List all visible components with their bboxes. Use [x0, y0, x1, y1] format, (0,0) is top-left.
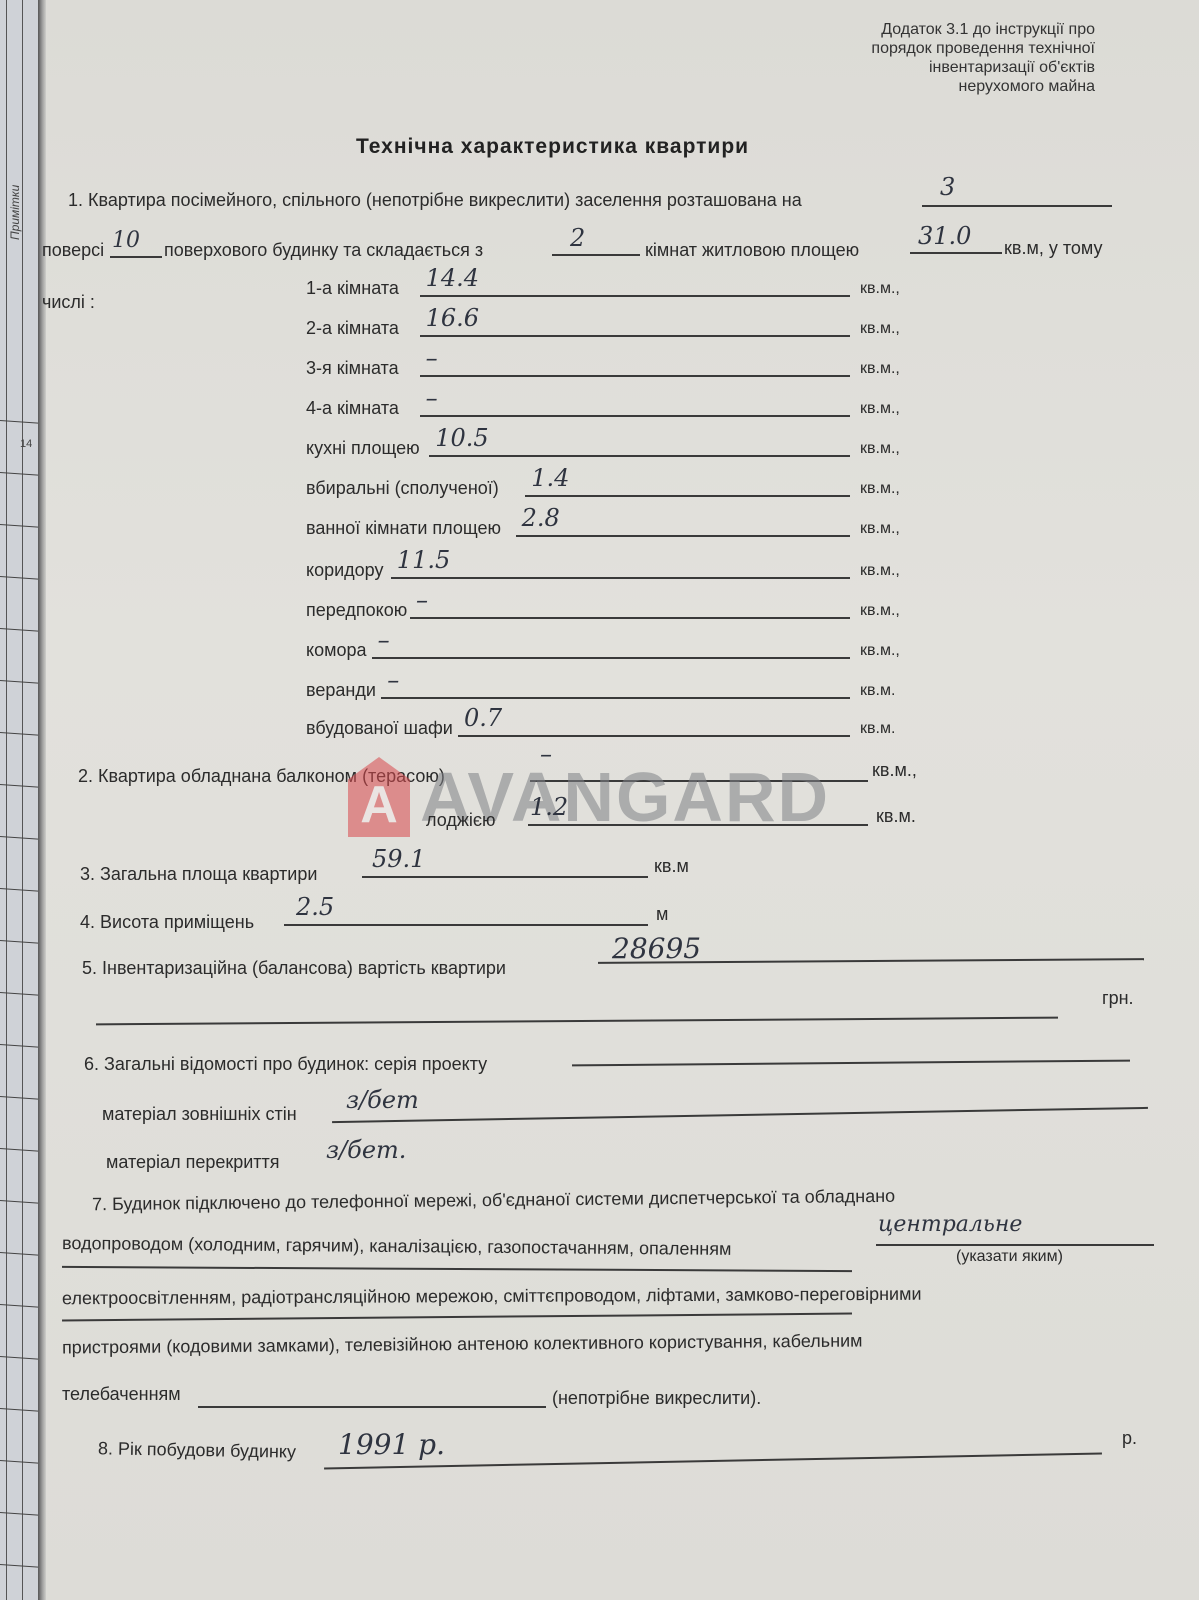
- balance-value: 28695: [612, 932, 701, 965]
- area-item-value: 14.4: [426, 264, 479, 292]
- rooms-value: 2: [570, 224, 585, 252]
- area-item-label: коридору: [306, 560, 383, 581]
- area-item-label: кухні площею: [306, 438, 420, 459]
- area-item-label: 4-а кімната: [306, 398, 399, 419]
- area-item-unit: кв.м.: [860, 682, 895, 700]
- watermark-logo-icon: A: [348, 757, 410, 837]
- margin-label: Примітки: [8, 185, 22, 240]
- area-item-unit: кв.м.,: [860, 602, 900, 620]
- area-item-unit: кв.м.,: [860, 400, 900, 418]
- area-item-value: –: [426, 344, 438, 372]
- area-item-label: веранди: [306, 680, 376, 701]
- area-item-value: –: [387, 666, 399, 694]
- area-item-label: 2-а кімната: [306, 318, 399, 339]
- ceiling-height-value: 2.5: [296, 893, 334, 921]
- margin-grid: Примітки 14: [0, 0, 42, 1600]
- area-item-value: 16.6: [426, 304, 479, 332]
- area-item-value: 0.7: [464, 704, 502, 732]
- total-area-value: 59.1: [372, 845, 425, 873]
- area-item-unit: кв.м.,: [860, 480, 900, 498]
- area-item-label: вбудованої шафи: [306, 718, 453, 739]
- living-area-value: 31.0: [918, 222, 971, 250]
- area-item-unit: кв.м.,: [860, 642, 900, 660]
- area-item-unit: кв.м.,: [860, 360, 900, 378]
- area-item-value: –: [378, 626, 390, 654]
- annex-note: Додаток 3.1 до інструкції про порядок пр…: [871, 20, 1095, 96]
- area-item-value: –: [426, 384, 438, 412]
- walls-material-value: з/бет: [346, 1086, 419, 1114]
- heating-type-value: центральне: [878, 1212, 1022, 1237]
- total-floors-value: 10: [112, 228, 140, 253]
- area-item-value: 2.8: [522, 504, 560, 532]
- area-item-label: вбиральні (сполученої): [306, 478, 499, 499]
- area-item-label: 3-я кімната: [306, 358, 399, 379]
- build-year-value: 1991 р.: [338, 1428, 445, 1461]
- slab-material-value: з/бет.: [326, 1136, 406, 1164]
- area-item-unit: кв.м.,: [860, 440, 900, 458]
- area-item-label: ванної кімнати площею: [306, 518, 501, 539]
- loggia-value: 1.2: [530, 793, 568, 821]
- margin-page-number: 14: [20, 438, 32, 450]
- area-item-unit: кв.м.: [860, 720, 895, 738]
- area-item-unit: кв.м.,: [860, 520, 900, 538]
- area-item-unit: кв.м.,: [860, 280, 900, 298]
- floor-value: 3: [940, 173, 955, 201]
- section1-line1: 1. Квартира посімейного, спільного (непо…: [68, 190, 802, 211]
- area-item-value: –: [416, 586, 428, 614]
- area-item-unit: кв.м.,: [860, 320, 900, 338]
- page-title: Технічна характеристика квартири: [356, 135, 749, 159]
- area-item-label: комора: [306, 640, 367, 661]
- area-item-value: 11.5: [397, 546, 450, 574]
- area-item-value: 10.5: [435, 424, 488, 452]
- area-item-label: 1-а кімната: [306, 278, 399, 299]
- area-item-value: 1.4: [531, 464, 569, 492]
- area-item-unit: кв.м.,: [860, 562, 900, 580]
- area-item-label: передпокою: [306, 600, 407, 621]
